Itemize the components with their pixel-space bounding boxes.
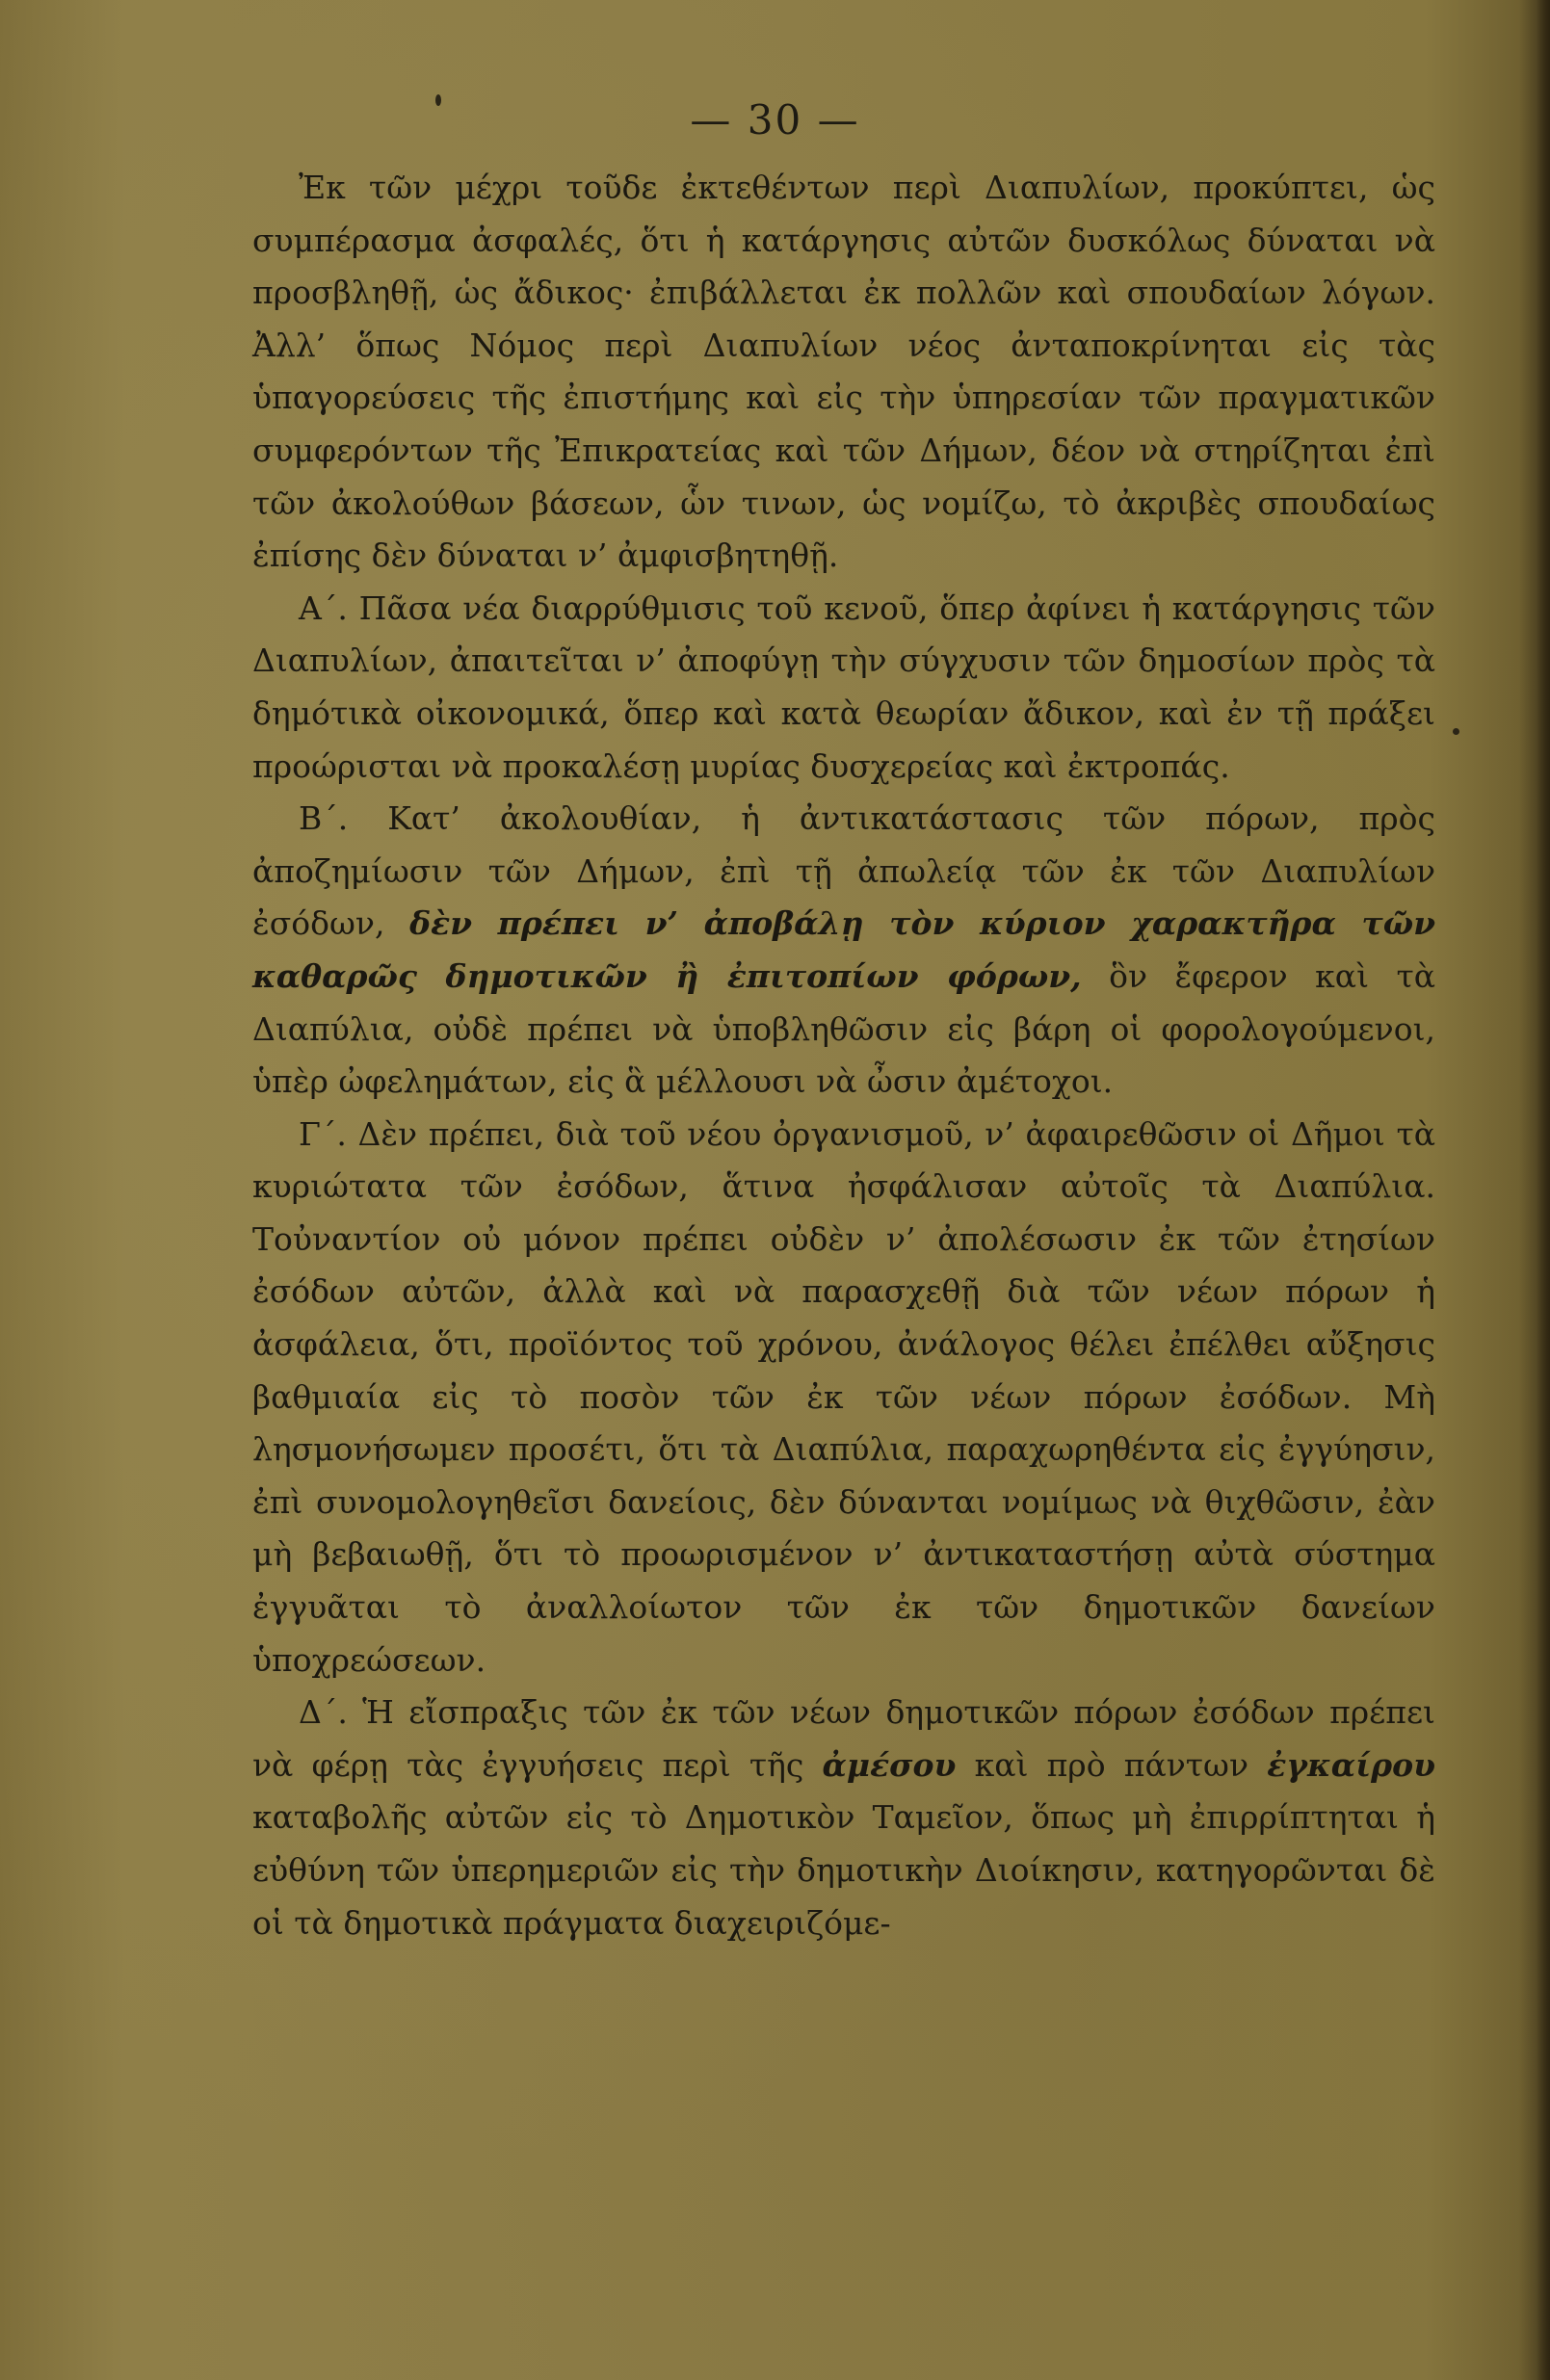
scanned-book-page: — 30 — Ἐκ τῶν μέχρι τοῦδε ἐκτεθέντων περ… <box>0 0 1550 2380</box>
section-marker: Γ΄. <box>299 1115 347 1153</box>
paragraph-text: Πᾶσα νέα διαρρύθμισις τοῦ κενοῦ, ὅπερ ἀφ… <box>252 589 1435 785</box>
section-marker: Α΄. <box>299 589 348 627</box>
paper-speck <box>435 94 441 106</box>
paragraph-text: Ἐκ τῶν μέχρι τοῦδε ἐκτεθέντων περὶ Διαπυ… <box>252 169 1435 574</box>
paragraph-d: Δ΄. Ἡ εἴσπραξις τῶν ἐκ τῶν νέων δημοτικῶ… <box>252 1687 1435 1949</box>
body-text: Ἐκ τῶν μέχρι τοῦδε ἐκτεθέντων περὶ Διαπυ… <box>252 162 1435 1949</box>
paragraph-intro: Ἐκ τῶν μέχρι τοῦδε ἐκτεθέντων περὶ Διαπυ… <box>252 162 1435 583</box>
section-marker: Β΄. <box>299 799 348 837</box>
paragraph-text: καταβολῆς αὐτῶν εἰς τὸ Δημοτικὸν Ταμεῖον… <box>252 1798 1435 1941</box>
paragraph-text: Δὲν πρέπει, διὰ τοῦ νέου ὀργανισμοῦ, ν’ … <box>252 1115 1435 1679</box>
paragraph-c: Γ΄. Δὲν πρέπει, διὰ τοῦ νέου ὀργανισμοῦ,… <box>252 1109 1435 1687</box>
section-marker: Δ΄. <box>299 1693 348 1731</box>
paragraph-b: Β΄. Κατ’ ἀκολουθίαν, ἡ ἀντικατάστασις τῶ… <box>252 793 1435 1109</box>
page-binding-shadow <box>1537 0 1550 2380</box>
emphasized-text: ἀμέσου <box>823 1746 957 1784</box>
paragraph-text: καὶ πρὸ πάντων <box>956 1746 1267 1784</box>
page-number: — 30 — <box>0 96 1550 144</box>
paragraph-a: Α΄. Πᾶσα νέα διαρρύθμισις τοῦ κενοῦ, ὅπε… <box>252 583 1435 793</box>
paper-speck <box>1453 728 1459 735</box>
emphasized-text: ἐγκαίρου <box>1267 1746 1435 1784</box>
